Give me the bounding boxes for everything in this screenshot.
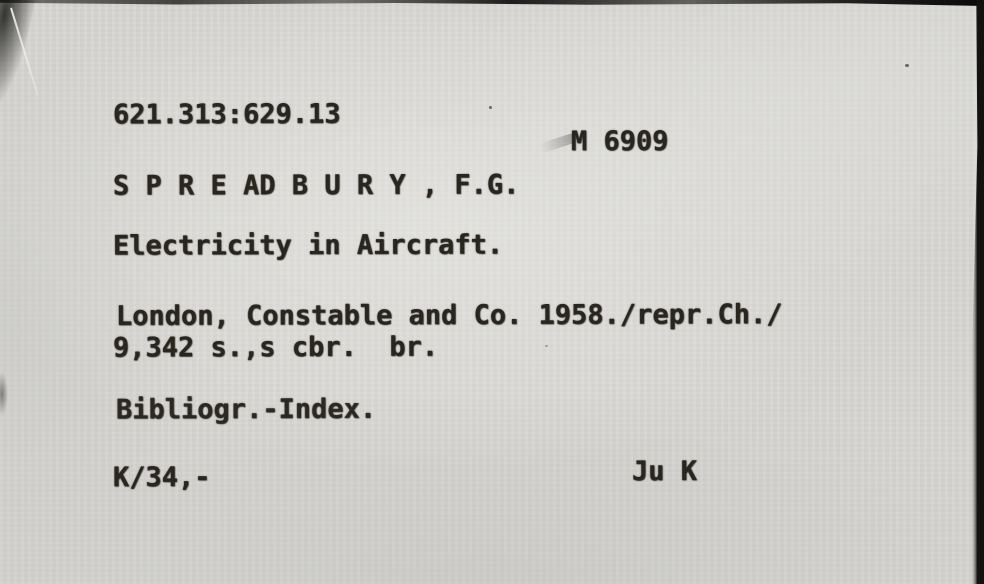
dust-speck: [545, 345, 548, 347]
classification-number: 621.313:629.13: [113, 100, 341, 131]
left-edge-smudge: [0, 372, 8, 416]
corner-smudge: [0, 0, 36, 114]
title-line: Electricity in Aircraft.: [113, 230, 503, 261]
dust-speck: [905, 64, 909, 67]
author-heading: S P R E AD B U R Y , F.G.: [113, 170, 519, 201]
note-line: Bibliogr.-Index.: [116, 395, 376, 426]
dust-speck: [489, 106, 492, 109]
collation-line: 9,342 s.,s cbr. br.: [113, 333, 438, 364]
price-code: K/34,-: [113, 463, 211, 493]
imprint-line: London, Constable and Co. 1958./repr.Ch.…: [116, 300, 783, 332]
accession-number: M 6909: [571, 127, 669, 157]
annotation-initials: Ju K: [632, 457, 697, 487]
scan-top-edge-shadow: [0, 0, 984, 6]
catalog-card-scan: 621.313:629.13 M 6909 S P R E AD B U R Y…: [0, 0, 984, 584]
scan-right-edge-shadow: [972, 0, 984, 584]
